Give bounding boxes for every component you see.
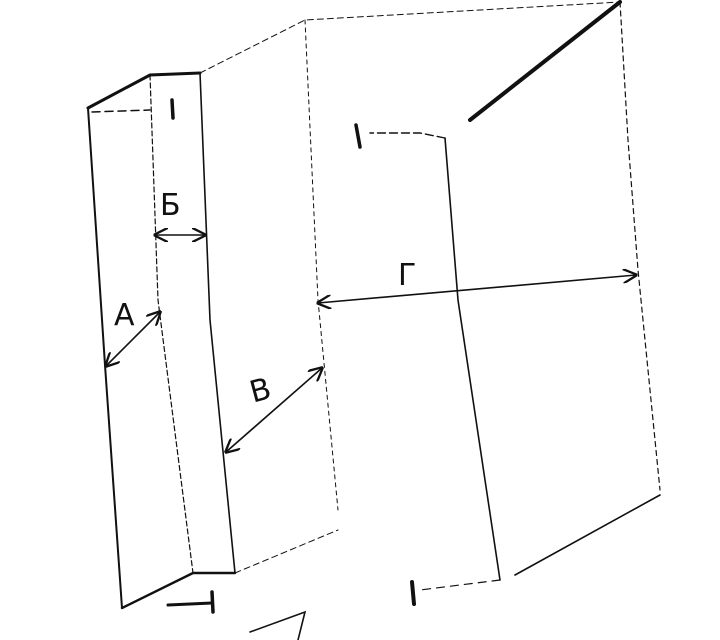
- dimension-g-arrow: [318, 275, 636, 303]
- box-outline: [88, 2, 660, 640]
- label-v: В: [246, 371, 275, 410]
- label-a: А: [114, 298, 135, 333]
- label-g: Г: [398, 258, 416, 293]
- dimension-arrows: [106, 235, 636, 452]
- dimension-v-arrow: [226, 368, 322, 452]
- sketch-drawing: А Б В Г: [0, 0, 720, 640]
- label-b: Б: [160, 188, 181, 223]
- sketch-canvas: А Б В Г: [0, 0, 720, 640]
